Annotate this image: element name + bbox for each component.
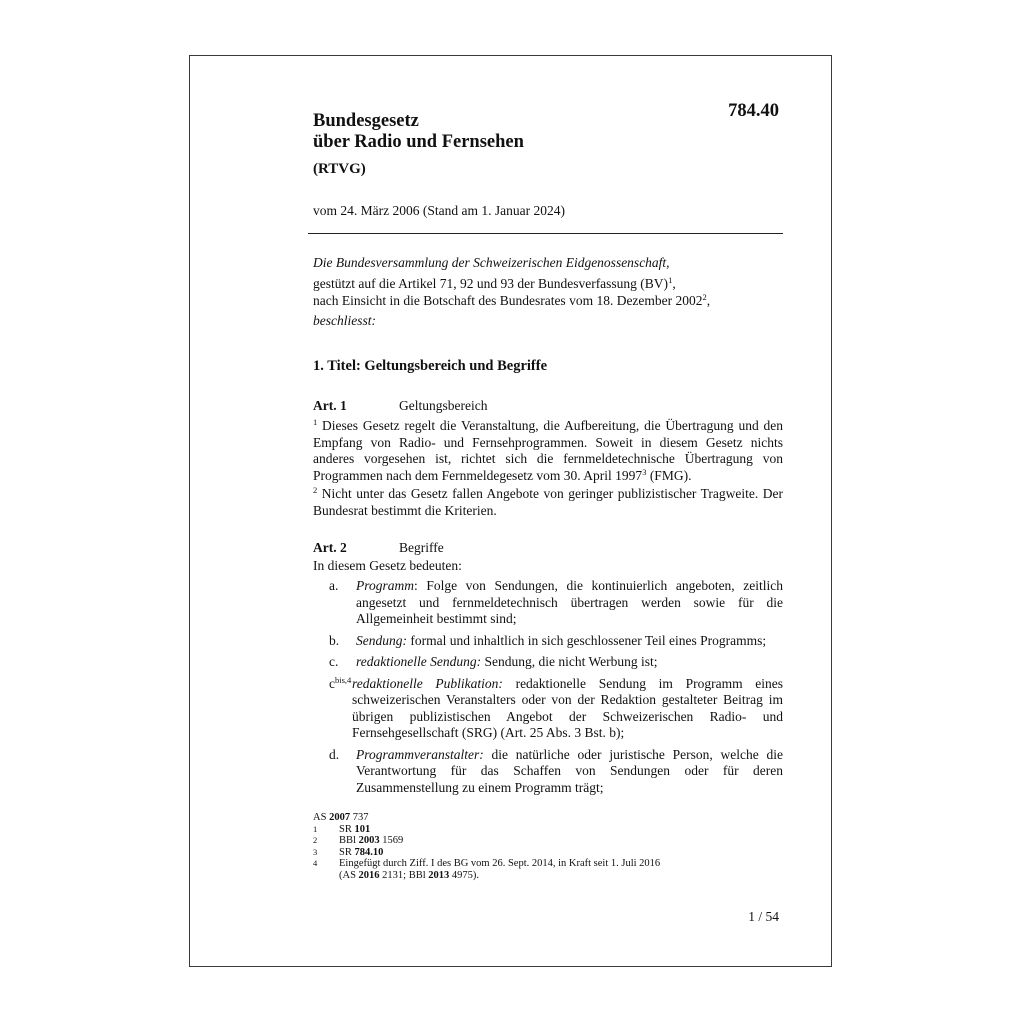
footnote-mark: 3 — [313, 847, 339, 859]
list-marker: d. — [313, 747, 356, 797]
list-body: Programmveranstalter: die natürliche ode… — [356, 747, 783, 797]
article-2-title: Begriffe — [399, 540, 444, 555]
list-marker: c. — [313, 654, 356, 671]
footnote-ref-number: 101 — [354, 824, 370, 835]
footnote-1: 1 SR 101 — [313, 824, 783, 836]
preamble-decision: beschliesst: — [313, 312, 788, 329]
preamble: Die Bundesversammlung der Schweizerische… — [313, 254, 788, 329]
footnote-mark: 2 — [313, 835, 339, 847]
list-body: redaktionelle Sendung: Sendung, die nich… — [356, 654, 783, 671]
header-divider — [308, 233, 783, 234]
article-1-number: Art. 1 — [313, 397, 399, 414]
footnote-text: BBl 2003 1569 — [339, 835, 783, 847]
paragraph-text: Nicht unter das Gesetz fallen Angebote v… — [313, 486, 783, 518]
footnote-text: Eingefügt durch Ziff. I des BG vom 26. S… — [339, 858, 783, 881]
page-indicator: 1 / 54 — [748, 909, 779, 925]
footnote-mark: 4 — [313, 858, 339, 881]
list-item: b. Sendung: formal und inhaltlich in sic… — [313, 633, 783, 650]
paragraph-text: Dieses Gesetz regelt die Veranstaltung, … — [313, 418, 783, 483]
source-prefix: AS — [313, 812, 329, 823]
definitions-list: a. Programm: Folge von Sendungen, die ko… — [313, 578, 783, 801]
title-abbreviation: (RTVG) — [313, 159, 524, 180]
enactment-date: vom 24. März 2006 (Stand am 1. Januar 20… — [313, 203, 565, 219]
definition-term: Sendung: — [356, 633, 407, 648]
footnote-line-2-part: (AS — [339, 870, 359, 881]
footnote-prefix: BBl — [339, 835, 359, 846]
document-page: Bundesgesetz über Radio und Fernsehen (R… — [189, 55, 832, 967]
definition-term: redaktionelle Publikation: — [352, 676, 503, 691]
paragraph-tail: (FMG). — [646, 468, 691, 483]
footnote-line-2-part: 2131; BBl — [380, 870, 429, 881]
sr-number: 784.40 — [728, 101, 779, 122]
list-marker: a. — [313, 578, 356, 628]
footnote-source: AS 2007 737 — [313, 812, 783, 824]
preamble-authority: Die Bundesversammlung der Schweizerische… — [313, 254, 788, 271]
preamble-basis-1: gestützt auf die Artikel 71, 92 und 93 d… — [313, 275, 788, 292]
preamble-basis-1-tail: , — [672, 276, 675, 291]
list-body: redaktionelle Publikation: redaktionelle… — [352, 676, 783, 742]
list-item: c. redaktionelle Sendung: Sendung, die n… — [313, 654, 783, 671]
article-1-heading: Art. 1Geltungsbereich — [313, 397, 487, 414]
footnote-2: 2 BBl 2003 1569 — [313, 835, 783, 847]
footnote-line-1: Eingefügt durch Ziff. I des BG vom 26. S… — [339, 858, 660, 869]
footnote-text: SR 784.10 — [339, 847, 783, 859]
list-marker: cbis,4 — [313, 676, 356, 742]
definition-text: formal und inhaltlich in sich geschlosse… — [407, 633, 766, 648]
definition-text: Sendung, die nicht Werbung ist; — [481, 654, 657, 669]
definition-term: Programm — [356, 578, 414, 593]
list-item: d. Programmveranstalter: die natürliche … — [313, 747, 783, 797]
footnote-line-2-part: 2016 — [359, 870, 380, 881]
title-line-1: Bundesgesetz — [313, 111, 524, 132]
article-1-paragraph-2: 2 Nicht unter das Gesetz fallen Angebote… — [313, 486, 783, 519]
footnote-line-2-part: 4975). — [449, 870, 479, 881]
title-line-2: über Radio und Fernsehen — [313, 132, 524, 153]
list-item: a. Programm: Folge von Sendungen, die ko… — [313, 578, 783, 628]
definition-term: Programmveranstalter: — [356, 747, 484, 762]
definition-text: : Folge von Sendungen, die kontinuierlic… — [356, 578, 783, 626]
article-1-title: Geltungsbereich — [399, 398, 487, 413]
footnote-4: 4 Eingefügt durch Ziff. I des BG vom 26.… — [313, 858, 783, 881]
preamble-basis-2-tail: , — [707, 293, 710, 308]
preamble-basis-2: nach Einsicht in die Botschaft des Bunde… — [313, 292, 788, 309]
footnote-ref-4[interactable]: 4 — [347, 675, 351, 685]
preamble-basis-1-text: gestützt auf die Artikel 71, 92 und 93 d… — [313, 276, 668, 291]
source-year: 2007 — [329, 812, 350, 823]
footnote-suffix: 1569 — [380, 835, 404, 846]
footnote-mark: 1 — [313, 824, 339, 836]
footnotes: AS 2007 737 1 SR 101 2 BBl 2003 1569 3 S… — [313, 812, 783, 881]
footnote-text: SR 101 — [339, 824, 783, 836]
footnote-line-2-part: 2013 — [428, 870, 449, 881]
article-2-number: Art. 2 — [313, 539, 399, 556]
source-page: 737 — [350, 812, 368, 823]
list-item: cbis,4 redaktionelle Publikation: redakt… — [313, 676, 783, 742]
footnote-prefix: SR — [339, 847, 354, 858]
section-title: 1. Titel: Geltungsbereich und Begriffe — [313, 358, 547, 375]
list-marker-bis: bis — [335, 675, 345, 685]
preamble-basis-2-text: nach Einsicht in die Botschaft des Bunde… — [313, 293, 703, 308]
law-title: Bundesgesetz über Radio und Fernsehen (R… — [313, 111, 524, 180]
footnote-3: 3 SR 784.10 — [313, 847, 783, 859]
list-body: Programm: Folge von Sendungen, die konti… — [356, 578, 783, 628]
article-2-intro: In diesem Gesetz bedeuten: — [313, 558, 783, 575]
list-body: Sendung: formal und inhaltlich in sich g… — [356, 633, 783, 650]
definition-term: redaktionelle Sendung: — [356, 654, 481, 669]
article-2-heading: Art. 2Begriffe — [313, 539, 444, 556]
list-marker: b. — [313, 633, 356, 650]
article-1-paragraph-1: 1 Dieses Gesetz regelt die Veranstaltung… — [313, 418, 783, 484]
footnote-ref-number: 784.10 — [354, 847, 383, 858]
footnote-prefix: SR — [339, 824, 354, 835]
footnote-ref-number: 2003 — [359, 835, 380, 846]
